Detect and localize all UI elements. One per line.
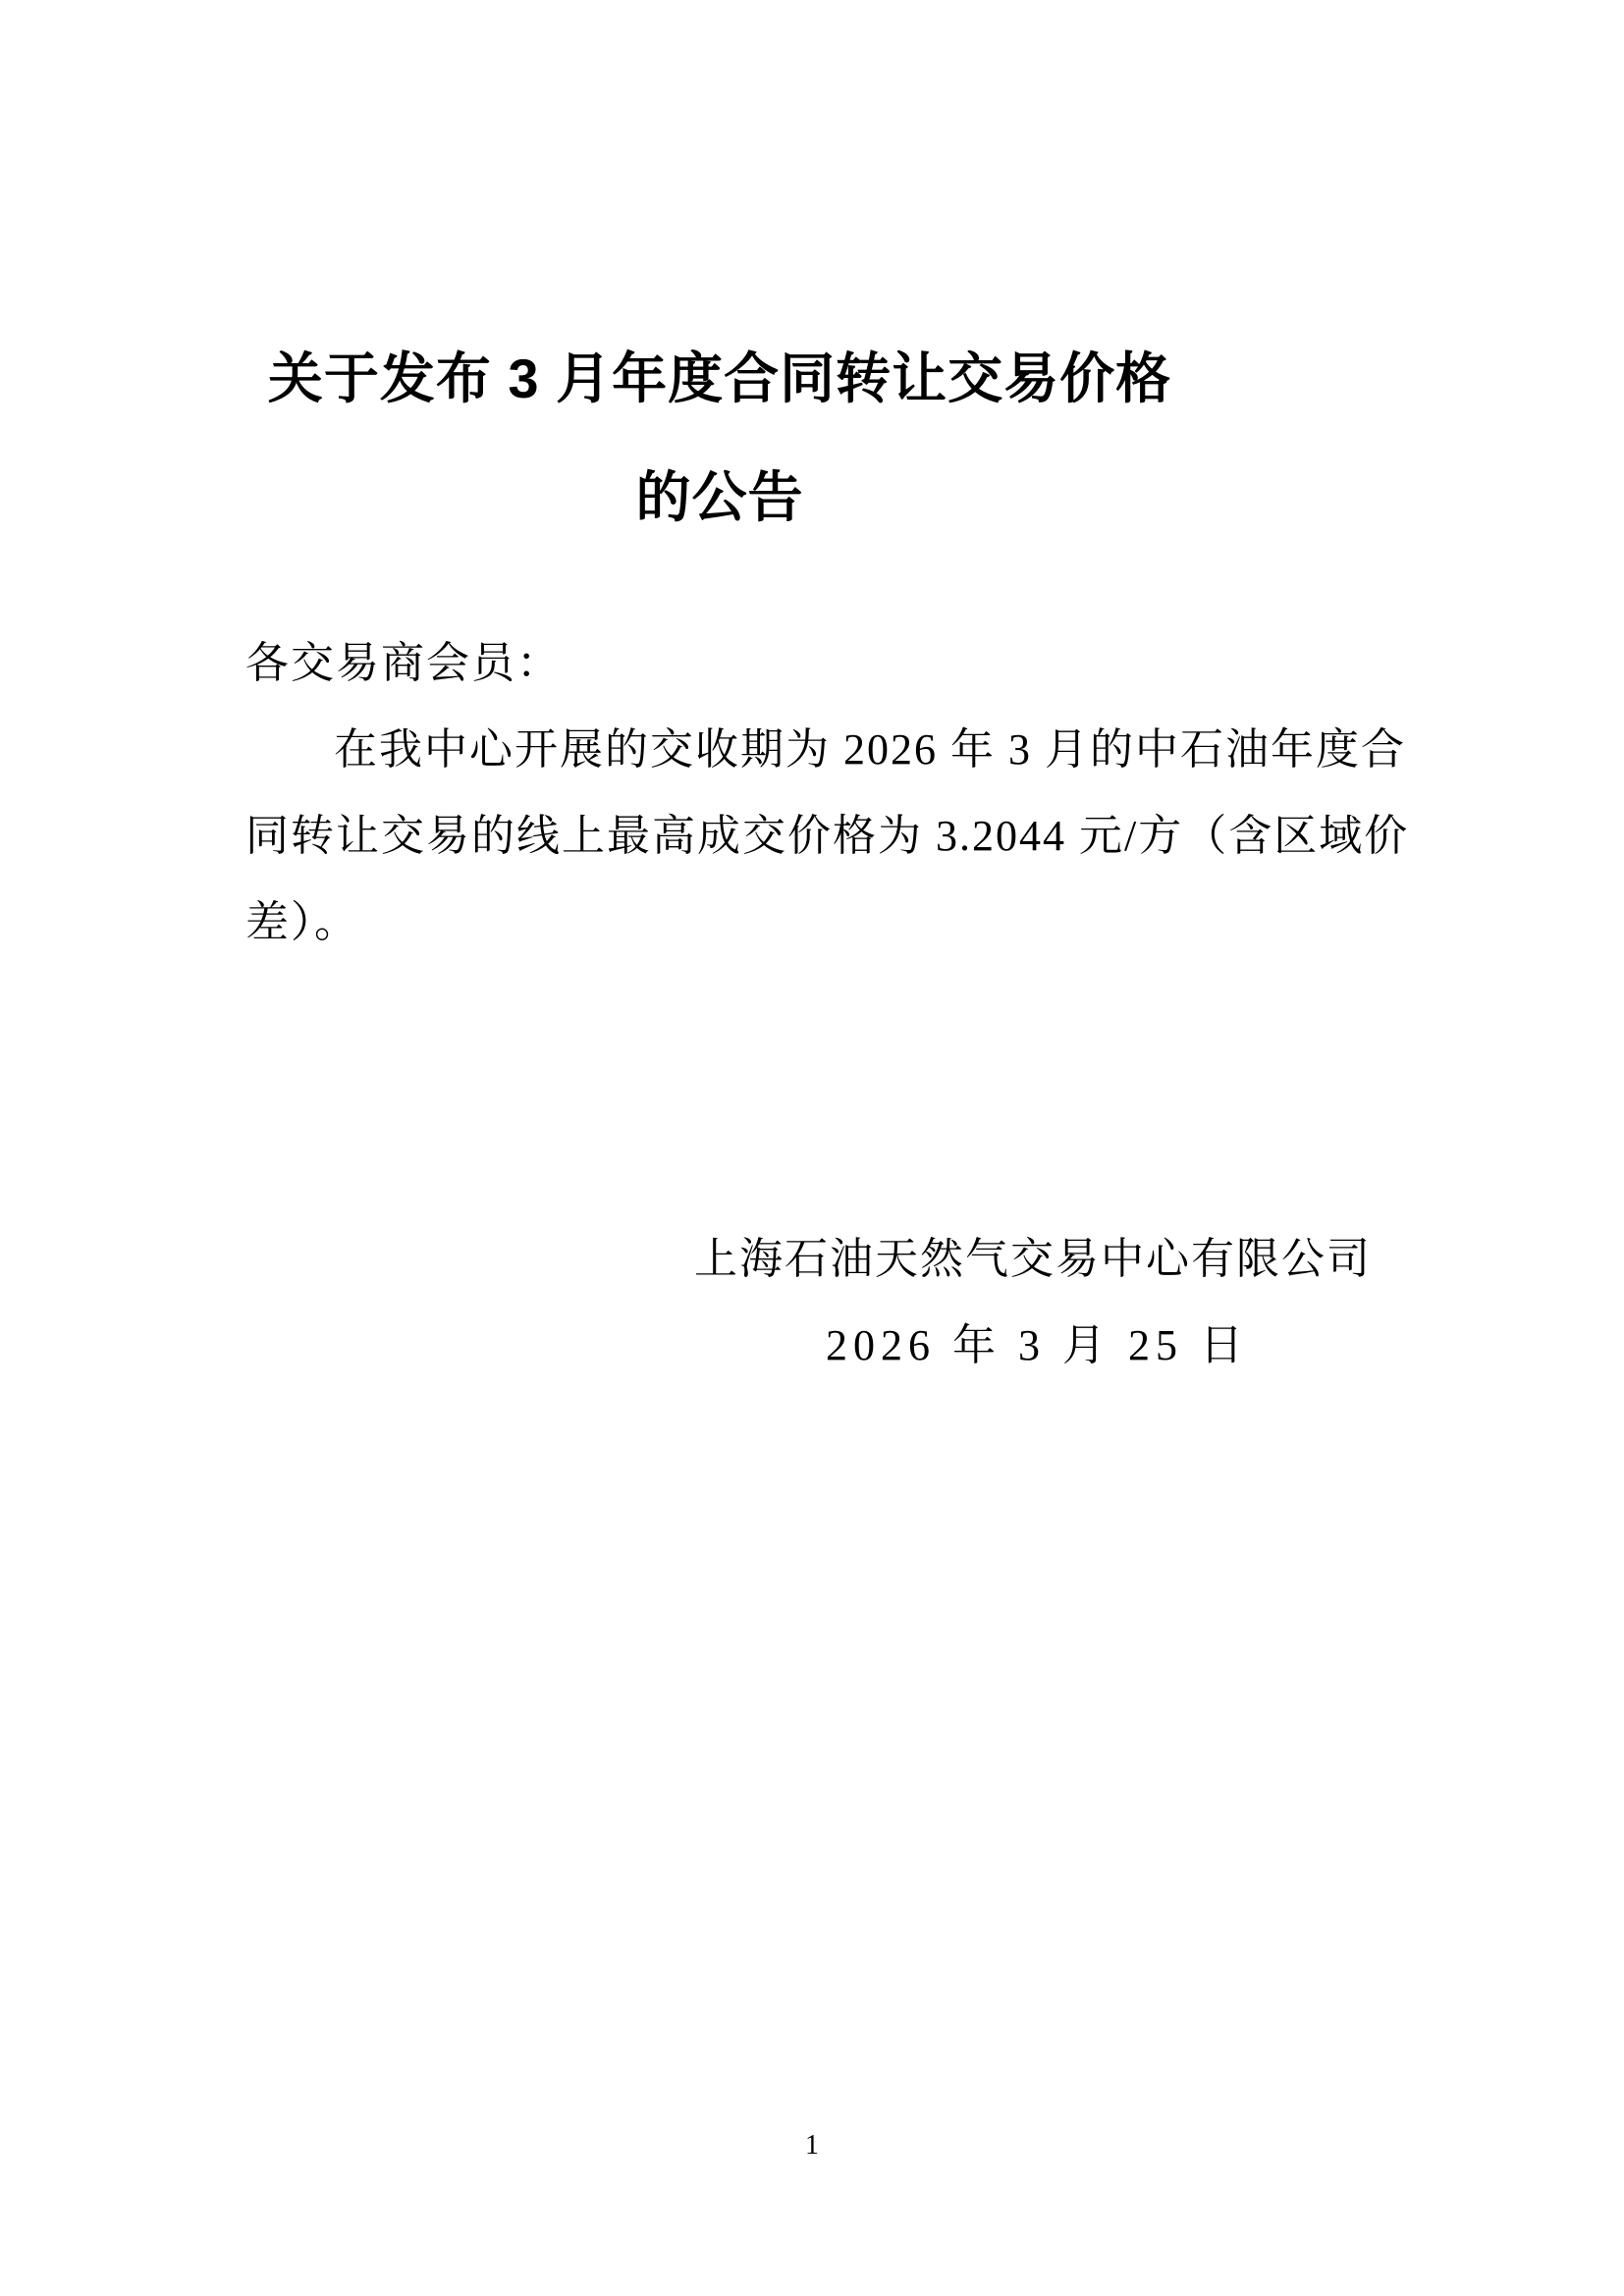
signature-date: 2026 年 3 月 25 日 [245, 1303, 1379, 1389]
document-title-line-1: 关于发布 3 月年度合同转让交易价格 [153, 319, 1286, 438]
document-title-line-2: 的公告 [153, 438, 1286, 557]
body-paragraph-line-3: 差）。 [245, 880, 1379, 966]
body-paragraph-line-2: 同转让交易的线上最高成交价格为 3.2044 元/方（含区域价 [245, 793, 1379, 880]
salutation: 各交易商会员： [245, 620, 1379, 707]
page-number: 1 [0, 2130, 1624, 2162]
document-page: 关于发布 3 月年度合同转让交易价格 的公告 各交易商会员： 在我中心开展的交收… [0, 0, 1624, 2296]
body-paragraph: 在我中心开展的交收期为 2026 年 3 月的中石油年度合 同转让交易的线上最高… [245, 707, 1379, 966]
signature-organization: 上海石油天然气交易中心有限公司 [245, 1216, 1379, 1303]
body-paragraph-line-1: 在我中心开展的交收期为 2026 年 3 月的中石油年度合 [245, 707, 1379, 793]
document-title: 关于发布 3 月年度合同转让交易价格 的公告 [153, 319, 1286, 557]
